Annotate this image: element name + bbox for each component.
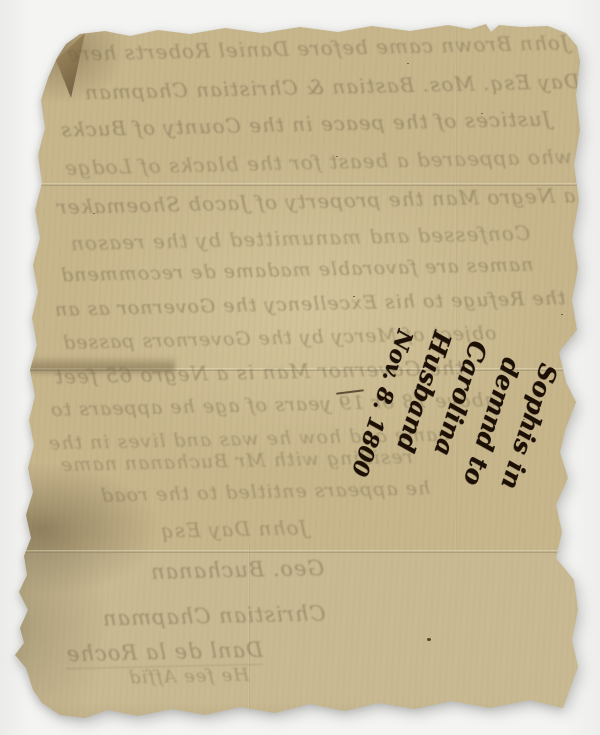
bleedthrough-line: John Brown came before Daniel Roberts he… <box>66 30 569 65</box>
bleedthrough-line: John Day Esq. Mos. Bastian & Christian C… <box>84 68 600 105</box>
manuscript-paper: John Brown came before Daniel Roberts he… <box>0 0 600 735</box>
bleedthrough-line: John Day Esq <box>160 515 308 542</box>
bleedthrough-line: who appeared a beast for the blacks of L… <box>64 144 572 180</box>
bleedthrough-line: He fee Affid <box>128 665 249 689</box>
paper-shadow: John Brown came before Daniel Roberts he… <box>0 0 600 735</box>
bleedthrough-line: names are favorable madame de recommend <box>60 254 534 287</box>
bleedthrough-line: Justices of the peace in the County of B… <box>60 106 551 141</box>
bleedthrough-line: he appears entitled to the road <box>100 477 431 506</box>
bleedthrough-line: Geo. Buchanan <box>150 556 325 584</box>
bleedthrough-line: Confessed and manumitted by the reason <box>70 221 531 255</box>
bleedthrough-line: a Negro Man the property of Jacob Shoema… <box>56 183 576 219</box>
bleedthrough-line: the Refuge to his Excellency the Governo… <box>54 287 566 321</box>
bleedthrough-line: Christian Chapman <box>102 601 326 630</box>
scan-background: John Brown came before Daniel Roberts he… <box>0 0 600 735</box>
